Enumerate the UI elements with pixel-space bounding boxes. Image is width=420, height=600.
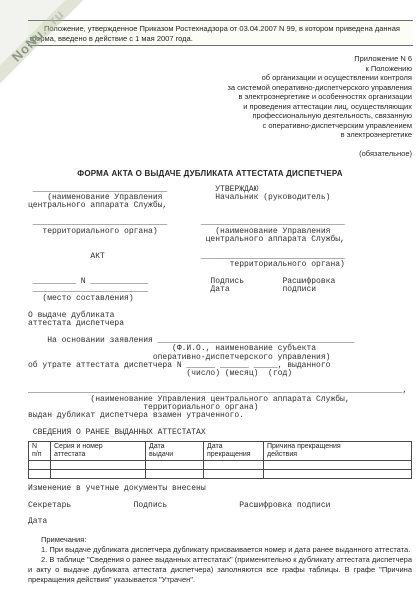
table-empty-cell	[146, 460, 204, 469]
table-empty-cell	[51, 460, 146, 469]
table-header-row: N п/п Серия и номер аттестата Дата выдач…	[29, 441, 412, 460]
notes-section: Примечания: 1. При выдаче дубликата дисп…	[28, 535, 412, 585]
table-header-end-date: Дата прекращения	[204, 441, 264, 460]
document-page: NoNu...ru Положение, утвержденное Приказ…	[0, 0, 420, 600]
table-header-issue-date: Дата выдачи	[146, 441, 204, 460]
table-empty-cell	[29, 460, 51, 469]
mandatory-label: (обязательное)	[0, 149, 412, 158]
note-item: 1. При выдаче дубликата диспетчера дубли…	[28, 545, 412, 555]
table-row	[29, 460, 412, 469]
page-title: ФОРМА АКТА О ВЫДАЧЕ ДУБЛИКАТА АТТЕСТАТА …	[0, 169, 420, 178]
form-body: ____________________________ УТВЕРЖДАЮ (…	[28, 186, 420, 438]
prior-certificates-table: N п/п Серия и номер аттестата Дата выдач…	[28, 441, 412, 479]
table-header-num: N п/п	[29, 441, 51, 460]
intro-note: Положение, утвержденное Приказом Ростехн…	[28, 20, 413, 46]
table-header-series: Серия и номер аттестата	[51, 441, 146, 460]
appendix-header: Приложение N 6 к Положению об организаци…	[0, 54, 412, 140]
table-header-reason: Причина прекращения действия	[264, 441, 412, 460]
table-empty-cell	[51, 469, 146, 478]
notes-heading: Примечания:	[28, 535, 412, 545]
table-empty-cell	[146, 469, 204, 478]
note-item: 2. В таблице "Сведения о ранее выданных …	[28, 555, 412, 585]
table-empty-cell	[29, 469, 51, 478]
signature-block: Изменение в учетные документы внесены Се…	[28, 485, 420, 527]
table-empty-cell	[264, 469, 412, 478]
table-empty-cell	[264, 460, 412, 469]
table-row	[29, 469, 412, 478]
table-empty-cell	[204, 469, 264, 478]
table-empty-cell	[204, 460, 264, 469]
